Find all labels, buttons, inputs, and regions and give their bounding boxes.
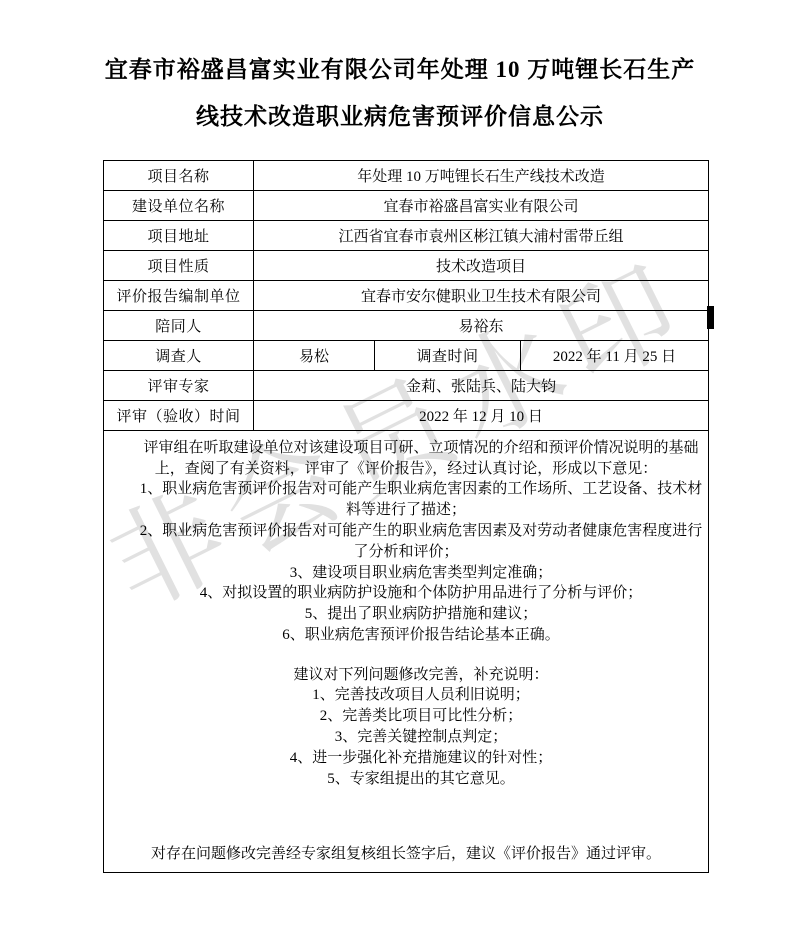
table-row: 项目性质 技术改造项目 — [104, 251, 709, 281]
page: { "title": { "line1": "宜春市裕盛昌富实业有限公司年处理 … — [0, 0, 800, 932]
opinion-cell: 评审组在听取建设单位对该建设项目可研、立项情况的介绍和预评价情况说明的基础上，查… — [104, 431, 709, 873]
field-value: 宜春市裕盛昌富实业有限公司 — [254, 191, 709, 221]
info-table: 项目名称 年处理 10 万吨锂长石生产线技术改造 建设单位名称 宜春市裕盛昌富实… — [103, 160, 709, 873]
table-row: 项目名称 年处理 10 万吨锂长石生产线技术改造 — [104, 161, 709, 191]
conclusion: 对存在问题修改完善经专家组复核组长签字后，建议《评价报告》通过评审。 — [106, 844, 706, 865]
field-value: 2022 年 11 月 25 日 — [521, 341, 709, 371]
finding-item: 6、职业病危害预评价报告结论基本正确。 — [106, 625, 706, 646]
table-row: 项目地址 江西省宜春市袁州区彬江镇大浦村雷带丘组 — [104, 221, 709, 251]
suggestion-item: 5、专家组提出的其它意见。 — [106, 769, 706, 790]
field-label: 调查人 — [104, 341, 254, 371]
field-value: 江西省宜春市袁州区彬江镇大浦村雷带丘组 — [254, 221, 709, 251]
field-label: 项目地址 — [104, 221, 254, 251]
suggestion-item: 2、完善类比项目可比性分析； — [106, 706, 706, 727]
scan-artifact-mark — [707, 306, 714, 329]
field-value: 技术改造项目 — [254, 251, 709, 281]
finding-item: 1、职业病危害预评价报告对可能产生职业病危害因素的工作场所、工艺设备、技术材料等… — [106, 479, 706, 521]
document-title: 宜春市裕盛昌富实业有限公司年处理 10 万吨锂长石生产 线技术改造职业病危害预评… — [0, 0, 800, 140]
suggestion-item: 4、进一步强化补充措施建议的针对性； — [106, 748, 706, 769]
finding-item: 4、对拟设置的职业病防护设施和个体防护用品进行了分析与评价； — [106, 583, 706, 604]
field-value: 2022 年 12 月 10 日 — [254, 401, 709, 431]
table-row-survey: 调查人 易松 调查时间 2022 年 11 月 25 日 — [104, 341, 709, 371]
finding-item: 3、建设项目职业病危害类型判定准确； — [106, 563, 706, 584]
field-value: 易松 — [254, 341, 375, 371]
title-line-1: 宜春市裕盛昌富实业有限公司年处理 10 万吨锂长石生产 — [0, 46, 800, 93]
field-label: 项目性质 — [104, 251, 254, 281]
finding-item: 5、提出了职业病防护措施和建议； — [106, 604, 706, 625]
table-row: 陪同人 易裕东 — [104, 311, 709, 341]
suggestion-intro: 建议对下列问题修改完善，补充说明： — [106, 665, 706, 686]
field-label: 调查时间 — [375, 341, 521, 371]
field-label: 建设单位名称 — [104, 191, 254, 221]
finding-item: 2、职业病危害预评价报告对可能产生的职业病危害因素及对劳动者健康危害程度进行了分… — [106, 521, 706, 563]
field-value: 金莉、张陆兵、陆大钧 — [254, 371, 709, 401]
field-value: 宜春市安尔健职业卫生技术有限公司 — [254, 281, 709, 311]
field-label: 项目名称 — [104, 161, 254, 191]
table-row: 评审（验收）时间 2022 年 12 月 10 日 — [104, 401, 709, 431]
suggestion-item: 3、完善关键控制点判定； — [106, 727, 706, 748]
table-row-opinion: 评审组在听取建设单位对该建设项目可研、立项情况的介绍和预评价情况说明的基础上，查… — [104, 431, 709, 873]
suggestion-item: 1、完善技改项目人员利旧说明； — [106, 685, 706, 706]
title-line-2: 线技术改造职业病危害预评价信息公示 — [0, 93, 800, 140]
field-label: 评审专家 — [104, 371, 254, 401]
table-row: 评审专家 金莉、张陆兵、陆大钧 — [104, 371, 709, 401]
field-value: 易裕东 — [254, 311, 709, 341]
table-row: 评价报告编制单位 宜春市安尔健职业卫生技术有限公司 — [104, 281, 709, 311]
field-label: 评审（验收）时间 — [104, 401, 254, 431]
opinion-intro: 评审组在听取建设单位对该建设项目可研、立项情况的介绍和预评价情况说明的基础上，查… — [106, 438, 706, 480]
field-label: 评价报告编制单位 — [104, 281, 254, 311]
field-label: 陪同人 — [104, 311, 254, 341]
field-value: 年处理 10 万吨锂长石生产线技术改造 — [254, 161, 709, 191]
table-row: 建设单位名称 宜春市裕盛昌富实业有限公司 — [104, 191, 709, 221]
